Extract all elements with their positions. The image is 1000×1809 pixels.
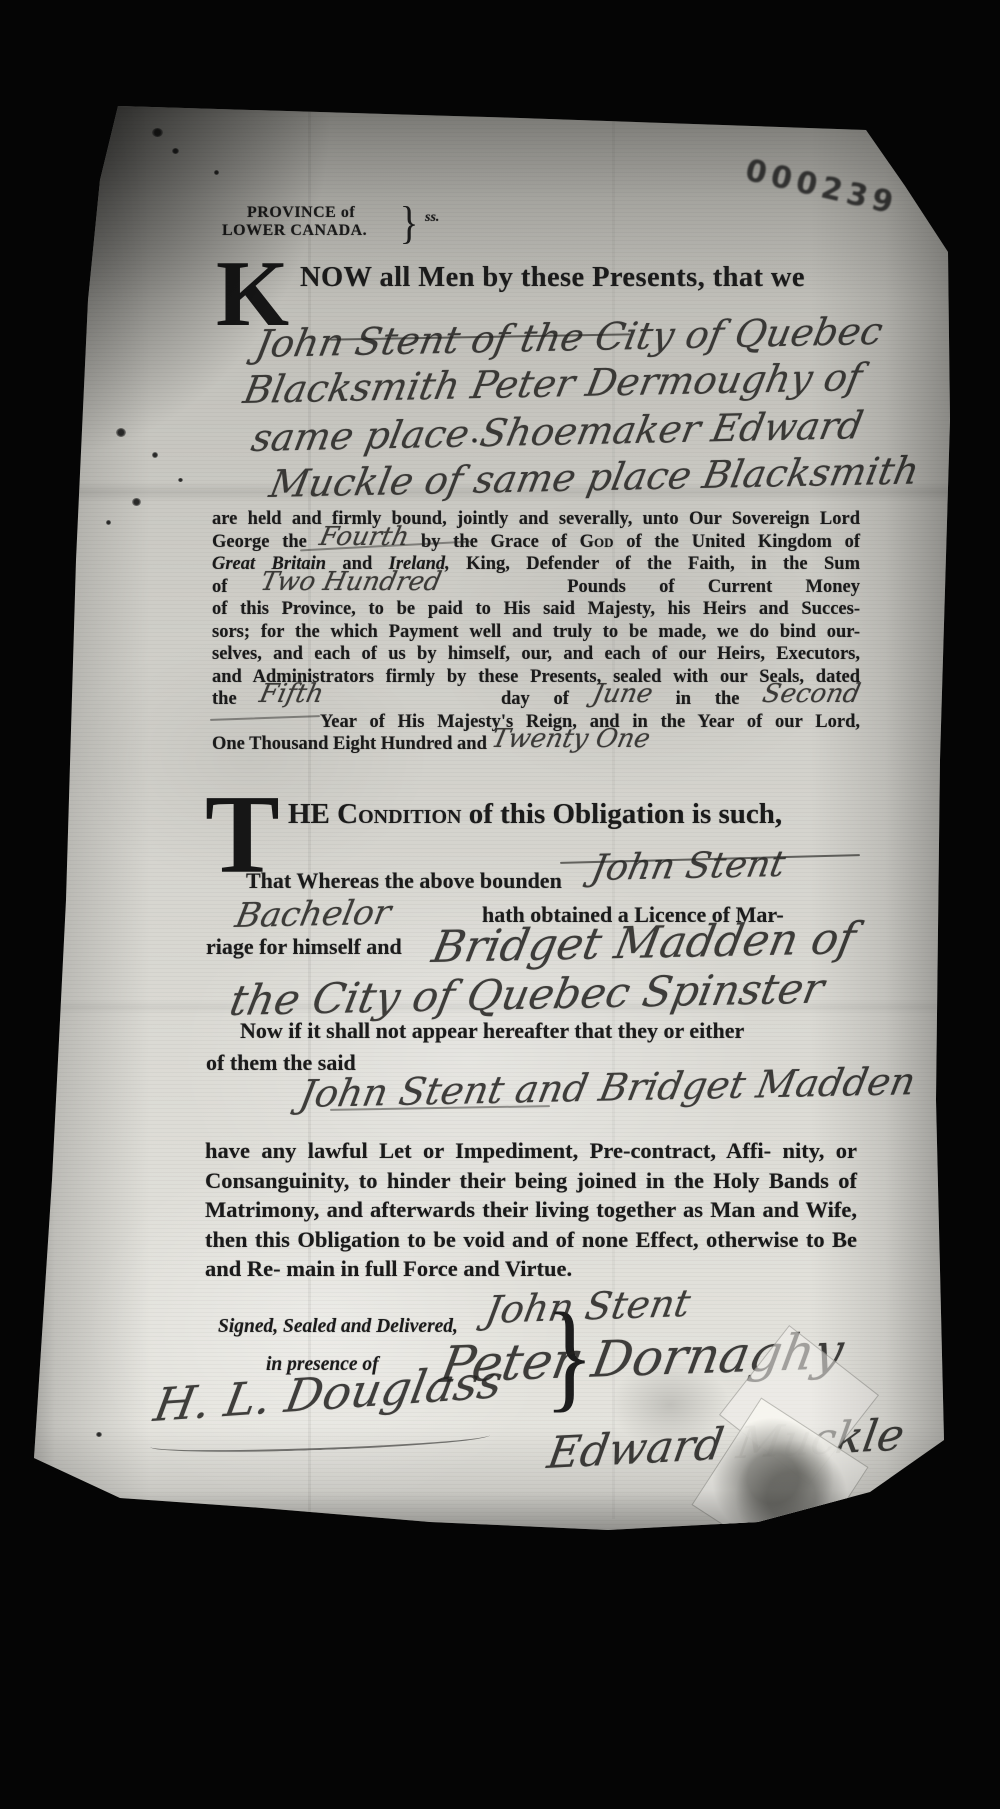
bond-paragraph: are held and firmly bound, jointly and s… (212, 508, 860, 756)
dropcap-t: T (205, 792, 280, 879)
ink-blotch (116, 428, 126, 437)
closing-clause: have any lawful Let or Impediment, Pre-c… (205, 1136, 857, 1284)
bond-line: One Thousand Eight Hundred and Twenty On… (212, 733, 860, 756)
bond-line: the Fifth day of June in the Second (212, 688, 860, 711)
document-page: 000239 PROVINCE of LOWER CANADA. } ss. K… (0, 0, 1000, 1809)
ink-blotch (214, 170, 219, 175)
handwritten-groom-name: John Stent (588, 844, 789, 889)
bond-line: selves, and each of us by himself, our, … (212, 643, 860, 666)
handwritten-status: Bachelor (232, 893, 394, 936)
jurisdiction-brace: } (400, 196, 419, 249)
ink-smudge (610, 1360, 730, 1450)
condition-text: That Whereas the above bounden (246, 868, 562, 894)
ink-blotch (152, 452, 158, 458)
condition-text: Now if it shall not appear hereafter tha… (240, 1018, 744, 1044)
jurisdiction-line1: PROVINCE of (247, 204, 355, 222)
ink-blotch (96, 1432, 102, 1437)
microfilm-background: 000239 PROVINCE of LOWER CANADA. } ss. K… (0, 0, 1000, 1809)
condition-text: riage for himself and (206, 934, 402, 960)
attestation-line1: Signed, Sealed and Delivered, (218, 1316, 458, 1338)
dropcap-k: K (216, 258, 289, 331)
ink-blotch (178, 478, 183, 482)
jurisdiction-line2: LOWER CANADA. (222, 222, 367, 240)
opening-heading: NOW all Men by these Presents, that we (300, 262, 805, 294)
jurisdiction-abbrev: ss. (425, 210, 439, 226)
bond-line: of Two Hundred Pounds of Current Money (212, 576, 860, 599)
ink-blotch (152, 128, 163, 137)
condition-heading: HE Condition of this Obligation is such, (288, 798, 782, 831)
ink-blotch (106, 520, 111, 525)
bond-line: are held and firmly bound, jointly and s… (212, 508, 860, 531)
bond-line: sors; for the which Payment well and tru… (212, 621, 860, 644)
bond-line: of this Province, to be paid to His said… (212, 598, 860, 621)
ink-blotch (472, 438, 477, 443)
ink-blotch (132, 498, 141, 506)
groom-signature: John Stent (482, 1281, 694, 1332)
ink-blotch (172, 148, 179, 154)
